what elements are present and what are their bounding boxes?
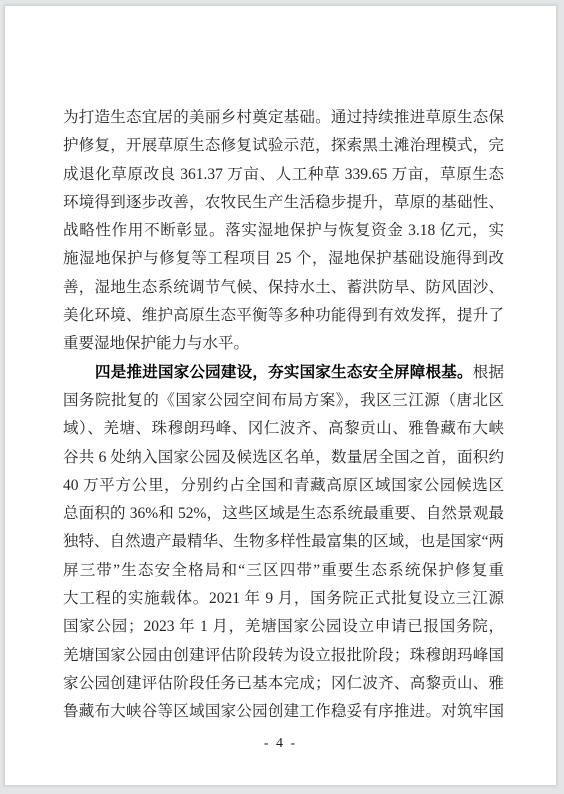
text-line: 战略性作用不断彰显。落实湿地保护与恢复资金 3.18 亿元，实: [63, 217, 504, 245]
text-line: 鲁藏布大峡谷等区域国家公园创建工作稳妥有序推进。对筑牢国: [63, 698, 504, 726]
text-line: 四是推进国家公园建设，夯实国家生态安全屏障根基。根据: [63, 359, 504, 387]
text-line: 总面积的 36%和 52%，这些区域是生态系统最重要、自然景观最: [63, 500, 504, 528]
text-line: 大工程的实施载体。2021 年 9 月，国务院正式批复设立三江源: [63, 585, 504, 613]
text-line: 家公园创建评估阶段任务已基本完成；冈仁波齐、高黎贡山、雅: [63, 670, 504, 698]
text-line: 谷共 6 处纳入国家公园及候选区名单，数量居全国之首，面积约: [63, 444, 504, 472]
document-body: 为打造生态宜居的美丽乡村奠定基础。通过持续推进草原生态保护修复，开展草原生态修复…: [63, 104, 504, 727]
paragraph-grassland-wetland: 为打造生态宜居的美丽乡村奠定基础。通过持续推进草原生态保护修复，开展草原生态修复…: [63, 104, 504, 359]
text-line: 羌塘国家公园由创建评估阶段转为设立报批阶段；珠穆朗玛峰国: [63, 642, 504, 670]
text-line: 40 万平方公里，分别约占全国和青藏高原区域国家公园候选区: [63, 472, 504, 500]
text-line: 域）、羌塘、珠穆朗玛峰、冈仁波齐、高黎贡山、雅鲁藏布大峡: [63, 415, 504, 443]
text-line: 施湿地保护与修复等工程项目 25 个，湿地保护基础设施得到改: [63, 245, 504, 273]
text-line: 成退化草原改良 361.37 万亩、人工种草 339.65 万亩，草原生态: [63, 161, 504, 189]
page-number: - 4 -: [5, 736, 556, 752]
text-line: 美化环境、维护高原生态平衡等多种功能得到有效发挥，提升了: [63, 302, 504, 330]
paragraph-national-parks: 四是推进国家公园建设，夯实国家生态安全屏障根基。根据国务院批复的《国家公园空间布…: [63, 359, 504, 727]
document-viewer: 为打造生态宜居的美丽乡村奠定基础。通过持续推进草原生态保护修复，开展草原生态修复…: [0, 0, 564, 794]
text-line: 独特、自然遗产最精华、生物多样性最富集的区域，也是国家“两: [63, 528, 504, 556]
text-line: 环境得到逐步改善，农牧民生产生活稳步提升，草原的基础性、: [63, 189, 504, 217]
text-line: 国家公园；2023 年 1 月，羌塘国家公园设立申请已报国务院，: [63, 613, 504, 641]
document-page: 为打造生态宜居的美丽乡村奠定基础。通过持续推进草原生态保护修复，开展草原生态修复…: [4, 5, 557, 786]
text-line: 善，湿地生态系统调节气候、保持水土、蓄洪防旱、防风固沙、: [63, 274, 504, 302]
text-line: 屏三带”生态安全格局和“三区四带”重要生态系统保护修复重: [63, 557, 504, 585]
text-line: 国务院批复的《国家公园空间布局方案》，我区三江源（唐北区: [63, 387, 504, 415]
bold-lead-text: 四是推进国家公园建设，夯实国家生态安全屏障根基。: [95, 364, 473, 381]
body-text: 根据: [473, 364, 504, 381]
text-line: 为打造生态宜居的美丽乡村奠定基础。通过持续推进草原生态保: [63, 104, 504, 132]
text-line: 重要湿地保护能力与水平。: [63, 330, 504, 358]
text-line: 护修复，开展草原生态修复试验示范，探索黑土滩治理模式，完: [63, 132, 504, 160]
